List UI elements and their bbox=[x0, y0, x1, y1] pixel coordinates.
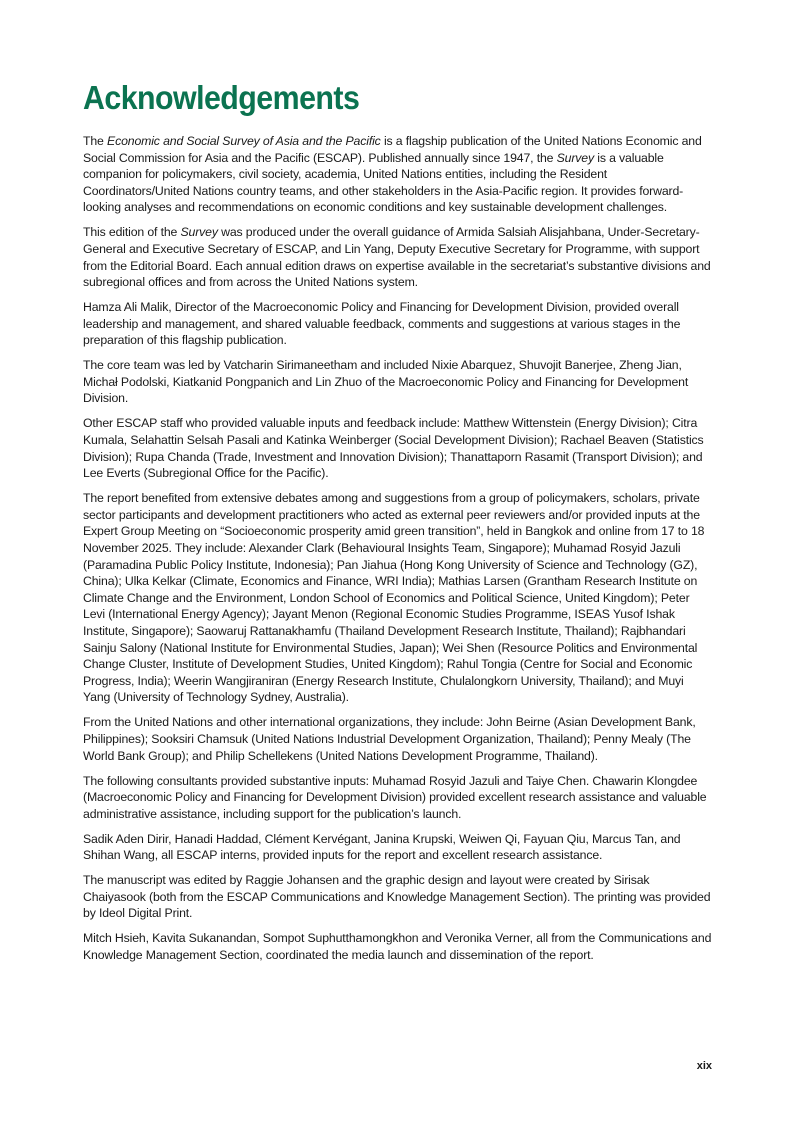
paragraph-guidance: This edition of the Survey was produced … bbox=[83, 224, 713, 290]
paragraph-interns: Sadik Aden Dirir, Hanadi Haddad, Clément… bbox=[83, 831, 713, 864]
survey-italic: Survey bbox=[557, 151, 594, 165]
text-run: This edition of the bbox=[83, 225, 180, 239]
paragraph-international-orgs: From the United Nations and other intern… bbox=[83, 714, 713, 764]
paragraph-peer-reviewers: The report benefited from extensive deba… bbox=[83, 490, 713, 706]
paragraph-escap-staff: Other ESCAP staff who provided valuable … bbox=[83, 415, 713, 481]
paragraph-leadership: Hamza Ali Malik, Director of the Macroec… bbox=[83, 299, 713, 349]
paragraph-core-team: The core team was led by Vatcharin Sirim… bbox=[83, 357, 713, 407]
page-title: Acknowledgements bbox=[83, 78, 663, 118]
paragraph-media-launch: Mitch Hsieh, Kavita Sukanandan, Sompot S… bbox=[83, 930, 713, 963]
paragraph-intro: The Economic and Social Survey of Asia a… bbox=[83, 133, 713, 216]
publication-title-italic: Economic and Social Survey of Asia and t… bbox=[107, 134, 381, 148]
text-run: The bbox=[83, 134, 107, 148]
page-number: xix bbox=[690, 1060, 712, 1072]
acknowledgements-page: Acknowledgements The Economic and Social… bbox=[83, 78, 713, 972]
survey-italic: Survey bbox=[180, 225, 217, 239]
paragraph-editing-design: The manuscript was edited by Raggie Joha… bbox=[83, 872, 713, 922]
paragraph-consultants: The following consultants provided subst… bbox=[83, 773, 713, 823]
